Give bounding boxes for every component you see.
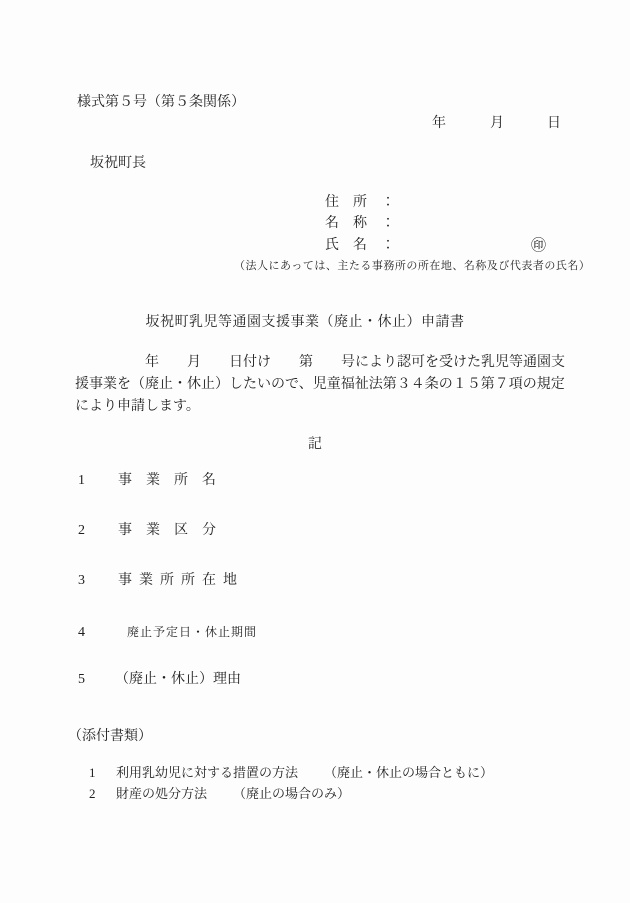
form-item-reason: 5 （廃止・休止）理由 <box>0 672 630 692</box>
document-title: 坂祝町乳児等通園支援事業（廃止・休止）申請書 <box>0 315 610 332</box>
form-item-abolition-date-suspension-period: 4 廃止予定日・休止期間 <box>0 625 630 645</box>
attachment-item: 2財産の処分方法（廃止の場合のみ） <box>76 770 350 817</box>
item-number: 2 <box>78 523 85 540</box>
item-number: 5 <box>78 672 85 689</box>
corporate-note: （法人にあっては、主たる事務所の所在地、名称及び代表者の氏名） <box>234 260 590 273</box>
attachment-number: 2 <box>89 786 116 802</box>
date-year-label: 年 <box>432 116 446 133</box>
item-number: 4 <box>78 625 85 642</box>
attachments-heading: （添付書類） <box>68 729 152 746</box>
item-label: 事 業 所 名 <box>118 473 216 490</box>
item-label: 事業所所在地 <box>118 573 244 590</box>
form-item-business-name: 1 事 業 所 名 <box>0 473 630 493</box>
attachment-label: 財産の処分方法 <box>116 786 207 801</box>
item-number: 1 <box>78 473 85 490</box>
body-paragraph-line: 年 月 日付け 第 号により認可を受けた乳児等通園支 <box>75 355 565 372</box>
item-label: （廃止・休止）理由 <box>115 672 241 689</box>
body-paragraph-line: により申請します。 <box>75 399 200 416</box>
applicant-address-label: 住 所 ： <box>325 195 395 212</box>
seal-mark-icon: ㊞ <box>531 237 546 255</box>
applicant-person-label: 氏 名 ： <box>325 238 395 255</box>
date-month-label: 月 <box>490 116 504 133</box>
item-label: 廃止予定日・休止期間 <box>127 625 257 639</box>
form-item-business-category: 2 事 業 区 分 <box>0 523 630 543</box>
record-heading: 記 <box>0 437 630 454</box>
form-item-business-location: 3 事業所所在地 <box>0 573 630 593</box>
date-day-label: 日 <box>547 116 561 133</box>
item-number: 3 <box>78 573 85 590</box>
applicant-name-label: 名 称 ： <box>325 216 395 233</box>
item-label: 事 業 区 分 <box>118 523 216 540</box>
attachment-note: （廃止の場合のみ） <box>233 786 350 801</box>
body-paragraph-line: 援事業を（廃止・休止）したいので、児童福祉法第３４条の１５第７項の規定 <box>75 377 565 394</box>
form-number: 様式第５号（第５条関係） <box>77 95 245 112</box>
addressee: 坂祝町長 <box>90 156 146 173</box>
application-form-page: 様式第５号（第５条関係） 年 月 日 坂祝町長 住 所 ： 名 称 ： 氏 名 … <box>0 0 630 903</box>
